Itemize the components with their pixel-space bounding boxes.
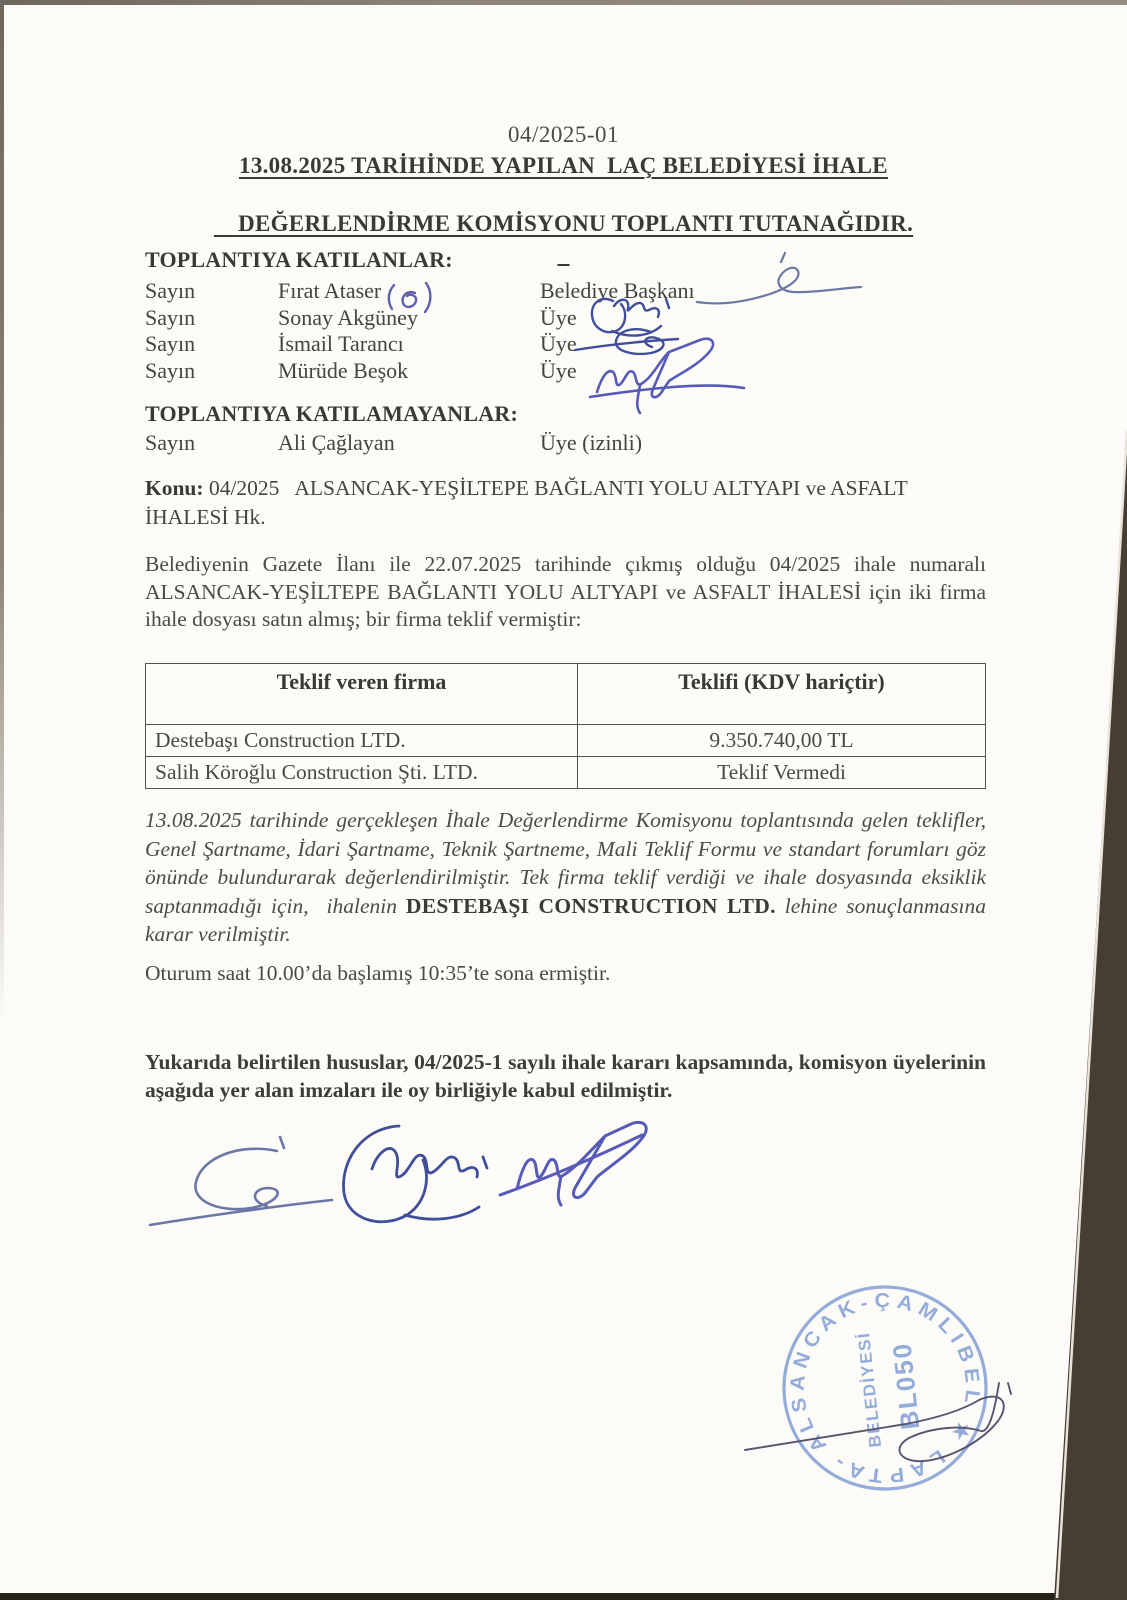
attendee-role: Belediye Başkanı — [540, 278, 905, 305]
evaluation-paragraph: 13.08.2025 tarihinde gerçekleşen İhale D… — [145, 806, 986, 949]
salutation: Sayın — [145, 331, 278, 358]
salutation: Sayın — [145, 278, 278, 305]
winner-name: DESTEBAŞI CONSTRUCTION LTD. — [406, 894, 776, 918]
attendee-name: İsmail Tarancı — [278, 331, 540, 358]
subject-text: 04/2025 ALSANCAK-YEŞİLTEPE BAĞLANTI YOLU… — [145, 476, 913, 529]
scan-edge-bottom — [0, 1593, 1127, 1600]
subject-line: Konu: 04/2025 ALSANCAK-YEŞİLTEPE BAĞLANT… — [145, 474, 987, 560]
approval-paragraph: Yukarıda belirtilen hususlar, 04/2025-1 … — [145, 1049, 986, 1104]
table-header-row: Teklif veren firma Teklifi (KDV hariçtir… — [146, 664, 986, 725]
stamp-center-text-2: BL050 — [886, 1340, 925, 1431]
document-title-line2: DEĞERLENDİRME KOMİSYONU TOPLANTI TUTANAĞ… — [238, 211, 913, 236]
stamp-outer-ring — [784, 1287, 986, 1489]
table-row: Salih Köroğlu Construction Şti. LTD. Tek… — [146, 757, 986, 789]
attendee-row: Sayın Mürüde Beşok Üye — [145, 358, 905, 385]
attendee-name: Sonay Akgüney — [278, 305, 540, 332]
bottom-signature-2 — [344, 1126, 487, 1222]
attendee-name: Mürüde Beşok — [278, 358, 540, 385]
table-row: Destebaşı Construction LTD. 9.350.740,00… — [146, 725, 986, 757]
absentees-list: Sayın Ali Çağlayan Üye (izinli) — [145, 430, 905, 457]
scanner-background-corner — [1054, 430, 1127, 1600]
absentee-row: Sayın Ali Çağlayan Üye (izinli) — [145, 430, 905, 457]
offer-cell: Teklif Vermedi — [578, 757, 986, 789]
reference-number: 04/2025-01 — [0, 122, 1127, 148]
absentees-heading: TOPLANTIYA KATILAMAYANLAR: — [145, 401, 518, 427]
attendee-row: Sayın Sonay Akgüney Üye — [145, 305, 905, 332]
session-line: Oturum saat 10.00’da başlamış 10:35’te s… — [145, 961, 986, 986]
firm-cell: Destebaşı Construction LTD. — [146, 725, 578, 757]
document-page: 04/2025-01 13.08.2025 TARİHİNDE YAPILAN … — [0, 0, 1127, 1600]
attendee-name: Fırat Ataser — [278, 278, 540, 305]
stamp-center-text-1: BELEDİYESİ — [854, 1331, 885, 1448]
attendee-role: Üye — [540, 331, 905, 358]
attendees-heading: TOPLANTIYA KATILANLAR: — [145, 247, 453, 273]
offer-cell: 9.350.740,00 TL — [578, 725, 986, 757]
bottom-signature-1 — [150, 1137, 332, 1225]
attendee-role: Üye — [540, 305, 905, 332]
stamp-ring-text: ALSANCAK-ÇAMLIBEL ★ LAPTA- — [786, 1290, 983, 1487]
bottom-signature-3 — [500, 1122, 646, 1205]
absentee-name: Ali Çağlayan — [278, 430, 540, 457]
document-title-line1: 13.08.2025 TARİHİNDE YAPILAN LAÇ BELEDİY… — [239, 153, 888, 178]
absentee-role: Üye (izinli) — [540, 430, 905, 457]
firm-cell: Salih Köroğlu Construction Şti. LTD. — [146, 757, 578, 789]
attendee-role: Üye — [540, 358, 905, 385]
page-edge-highlight — [1057, 432, 1127, 1598]
attendees-list: Sayın Fırat Ataser Belediye Başkanı Sayı… — [145, 278, 905, 384]
tender-table: Teklif veren firma Teklifi (KDV hariçtir… — [145, 663, 986, 789]
salutation: Sayın — [145, 430, 278, 457]
table-header-firm: Teklif veren firma — [146, 664, 578, 725]
attendee-row: Sayın Fırat Ataser Belediye Başkanı — [145, 278, 905, 305]
subject-label: Konu: — [145, 476, 204, 500]
table-header-offer: Teklifi (KDV hariçtir) — [578, 664, 986, 725]
salutation: Sayın — [145, 305, 278, 332]
scan-edge-top — [0, 0, 1127, 5]
attendee-row: Sayın İsmail Tarancı Üye — [145, 331, 905, 358]
stamp-pen-signature — [745, 1383, 1011, 1461]
stamp: ALSANCAK-ÇAMLIBEL ★ LAPTA- BELEDİYESİ BL… — [784, 1287, 986, 1489]
intro-paragraph: Belediyenin Gazete İlanı ile 22.07.2025 … — [145, 551, 986, 634]
salutation: Sayın — [145, 358, 278, 385]
